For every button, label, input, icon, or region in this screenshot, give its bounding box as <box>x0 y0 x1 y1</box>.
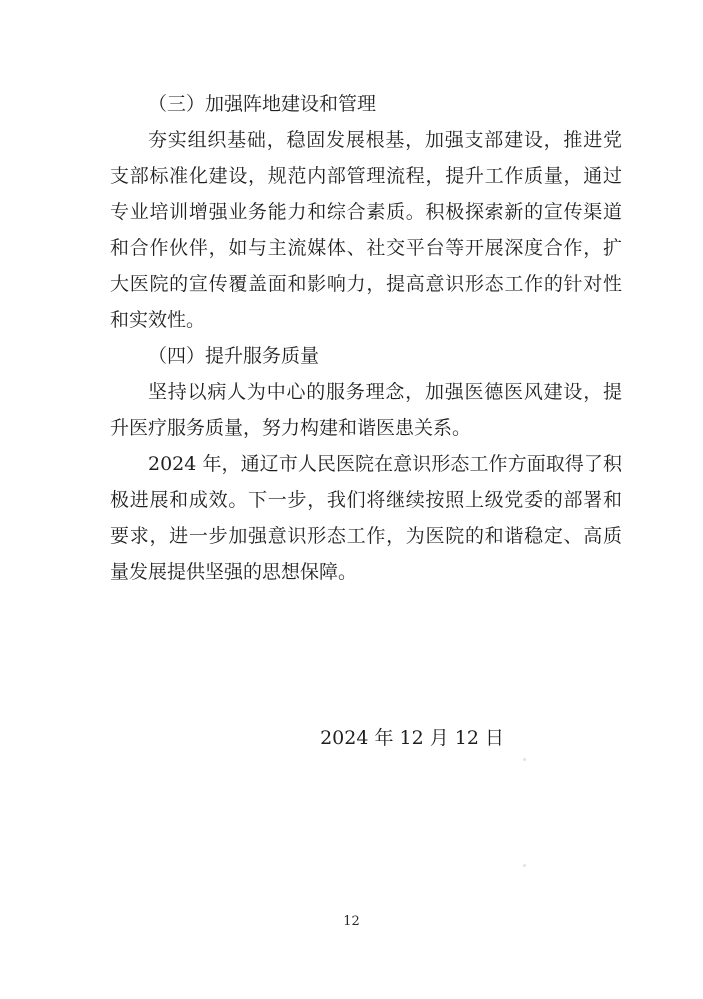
scan-speck <box>523 758 526 761</box>
section-paragraph: 夯实组织基础，稳固发展根基，加强支部建设，推进党支部标准化建设，规范内部管理流程… <box>110 122 622 338</box>
section-paragraph: 2024 年，通辽市人民医院在意识形态工作方面取得了积极进展和成效。下一步，我们… <box>110 446 622 590</box>
section-heading-3: （三）加强阵地建设和管理 <box>110 86 622 122</box>
page-number: 12 <box>0 912 703 932</box>
document-body: （三）加强阵地建设和管理 夯实组织基础，稳固发展根基，加强支部建设，推进党支部标… <box>110 86 622 756</box>
section-heading-4: （四）提升服务质量 <box>110 338 622 374</box>
document-date: 2024 年 12 月 12 日 <box>110 720 622 756</box>
scan-speck <box>523 864 526 867</box>
document-page: （三）加强阵地建设和管理 夯实组织基础，稳固发展根基，加强支部建设，推进党支部标… <box>0 0 703 999</box>
section-paragraph: 坚持以病人为中心的服务理念，加强医德医风建设，提升医疗服务质量，努力构建和谐医患… <box>110 374 622 446</box>
